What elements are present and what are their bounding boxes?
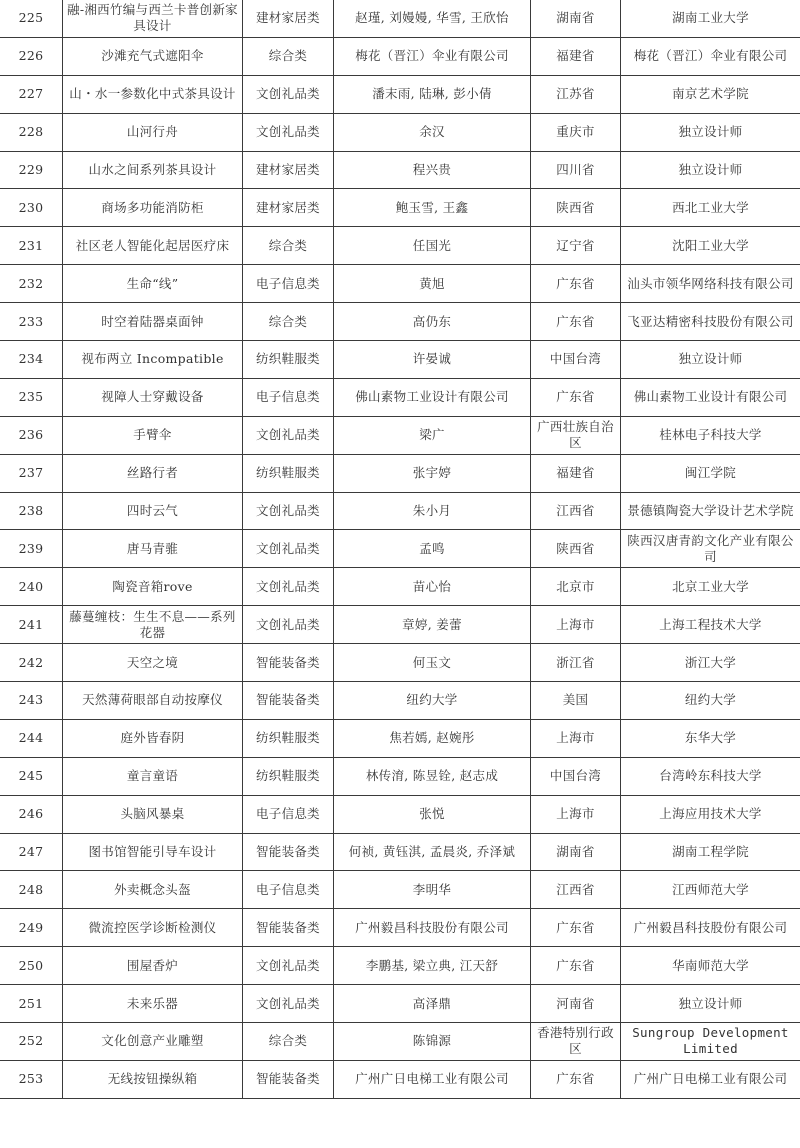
cell-work-name: 藤蔓缠枝：生生不息——系列花器: [63, 606, 243, 644]
cell-number: 230: [0, 189, 63, 227]
cell-organization: 上海工程技术大学: [621, 606, 800, 644]
cell-category: 文创礼品类: [243, 530, 334, 568]
cell-work-name: 四时云气: [63, 492, 243, 530]
cell-category: 文创礼品类: [243, 113, 334, 151]
table-row: 232 生命“线” 电子信息类 黄旭 广东省 汕头市领华网络科技有限公司: [0, 265, 800, 303]
table-row: 243 天然薄荷眼部自动按摩仪 智能装备类 纽约大学 美国 纽约大学: [0, 682, 800, 720]
cell-region: 辽宁省: [531, 227, 621, 265]
cell-number: 249: [0, 909, 63, 947]
cell-region: 江西省: [531, 871, 621, 909]
table-row: 246 头脑风暴桌 电子信息类 张悦 上海市 上海应用技术大学: [0, 795, 800, 833]
cell-category: 纺织鞋服类: [243, 454, 334, 492]
cell-authors: 任国光: [334, 227, 531, 265]
table-row: 228 山河行舟 文创礼品类 余汉 重庆市 独立设计师: [0, 113, 800, 151]
cell-category: 智能装备类: [243, 644, 334, 682]
cell-region: 中国台湾: [531, 341, 621, 379]
cell-category: 电子信息类: [243, 871, 334, 909]
cell-organization: 沈阳工业大学: [621, 227, 800, 265]
cell-work-name: 时空着陆器桌面钟: [63, 303, 243, 341]
cell-organization: 上海应用技术大学: [621, 795, 800, 833]
table-row: 225 融-湘西竹编与西兰卡普创新家具设计 建材家居类 赵瑾, 刘嫚嫚, 华雪,…: [0, 0, 800, 37]
cell-authors: 陈锦源: [334, 1023, 531, 1061]
cell-organization: 浙江大学: [621, 644, 800, 682]
cell-authors: 苗心怡: [334, 568, 531, 606]
cell-authors: 佛山素物工业设计有限公司: [334, 378, 531, 416]
cell-region: 上海市: [531, 606, 621, 644]
cell-number: 238: [0, 492, 63, 530]
cell-category: 文创礼品类: [243, 606, 334, 644]
cell-authors: 余汉: [334, 113, 531, 151]
cell-work-name: 图书馆智能引导车设计: [63, 833, 243, 871]
cell-region: 福建省: [531, 454, 621, 492]
cell-category: 文创礼品类: [243, 492, 334, 530]
cell-region: 广东省: [531, 265, 621, 303]
cell-organization: 佛山素物工业设计有限公司: [621, 378, 800, 416]
cell-region: 香港特别行政区: [531, 1023, 621, 1061]
cell-number: 233: [0, 303, 63, 341]
cell-work-name: 微流控医学诊断检测仪: [63, 909, 243, 947]
cell-work-name: 生命“线”: [63, 265, 243, 303]
table-row: 227 山・水一参数化中式茶具设计 文创礼品类 潘末雨, 陆琳, 彭小倩 江苏省…: [0, 75, 800, 113]
cell-region: 中国台湾: [531, 757, 621, 795]
cell-number: 225: [0, 0, 63, 37]
cell-category: 电子信息类: [243, 265, 334, 303]
table-row: 253 无线按钮操纵箱 智能装备类 广州广日电梯工业有限公司 广东省 广州广日电…: [0, 1060, 800, 1098]
cell-organization: 梅花（晋江）伞业有限公司: [621, 37, 800, 75]
cell-authors: 黄旭: [334, 265, 531, 303]
cell-authors: 许晏诚: [334, 341, 531, 379]
cell-work-name: 无线按钮操纵箱: [63, 1060, 243, 1098]
cell-authors: 焦若嫣, 赵婉彤: [334, 719, 531, 757]
table-row: 244 庭外皆春阴 纺织鞋服类 焦若嫣, 赵婉彤 上海市 东华大学: [0, 719, 800, 757]
table-row: 248 外卖概念头盔 电子信息类 李明华 江西省 江西师范大学: [0, 871, 800, 909]
cell-work-name: 沙滩充气式遮阳伞: [63, 37, 243, 75]
cell-number: 247: [0, 833, 63, 871]
cell-region: 江西省: [531, 492, 621, 530]
cell-region: 广东省: [531, 947, 621, 985]
table-row: 239 唐马青骓 文创礼品类 孟鸣 陕西省 陕西汉唐青韵文化产业有限公司: [0, 530, 800, 568]
cell-work-name: 头脑风暴桌: [63, 795, 243, 833]
cell-region: 广东省: [531, 1060, 621, 1098]
cell-number: 253: [0, 1060, 63, 1098]
table-row: 235 视障人士穿戴设备 电子信息类 佛山素物工业设计有限公司 广东省 佛山素物…: [0, 378, 800, 416]
cell-category: 文创礼品类: [243, 568, 334, 606]
table-row: 237 丝路行者 纺织鞋服类 张宇婷 福建省 闽江学院: [0, 454, 800, 492]
cell-work-name: 手臂伞: [63, 416, 243, 454]
cell-authors: 梁广: [334, 416, 531, 454]
cell-region: 重庆市: [531, 113, 621, 151]
cell-work-name: 庭外皆春阴: [63, 719, 243, 757]
cell-organization: 闽江学院: [621, 454, 800, 492]
cell-number: 234: [0, 341, 63, 379]
cell-number: 239: [0, 530, 63, 568]
cell-category: 文创礼品类: [243, 75, 334, 113]
cell-organization: 独立设计师: [621, 985, 800, 1023]
cell-authors: 孟鸣: [334, 530, 531, 568]
cell-category: 纺织鞋服类: [243, 757, 334, 795]
cell-category: 电子信息类: [243, 795, 334, 833]
cell-organization: 桂林电子科技大学: [621, 416, 800, 454]
table-row: 250 围屋香炉 文创礼品类 李鹏基, 梁立典, 江天舒 广东省 华南师范大学: [0, 947, 800, 985]
cell-region: 广东省: [531, 909, 621, 947]
cell-work-name: 外卖概念头盔: [63, 871, 243, 909]
cell-work-name: 童言童语: [63, 757, 243, 795]
cell-work-name: 天空之境: [63, 644, 243, 682]
cell-category: 智能装备类: [243, 682, 334, 720]
cell-region: 福建省: [531, 37, 621, 75]
cell-work-name: 文化创意产业雕塑: [63, 1023, 243, 1061]
table-row: 249 微流控医学诊断检测仪 智能装备类 广州毅昌科技股份有限公司 广东省 广州…: [0, 909, 800, 947]
cell-organization: 湖南工程学院: [621, 833, 800, 871]
cell-organization: Sungroup Development Limited: [621, 1023, 800, 1061]
cell-number: 229: [0, 151, 63, 189]
cell-work-name: 商场多功能消防柜: [63, 189, 243, 227]
cell-region: 江苏省: [531, 75, 621, 113]
cell-category: 电子信息类: [243, 378, 334, 416]
table-row: 231 社区老人智能化起居医疗床 综合类 任国光 辽宁省 沈阳工业大学: [0, 227, 800, 265]
cell-number: 246: [0, 795, 63, 833]
cell-organization: 独立设计师: [621, 151, 800, 189]
cell-region: 美国: [531, 682, 621, 720]
cell-category: 智能装备类: [243, 909, 334, 947]
cell-number: 251: [0, 985, 63, 1023]
cell-number: 248: [0, 871, 63, 909]
cell-region: 湖南省: [531, 833, 621, 871]
cell-organization: 华南师范大学: [621, 947, 800, 985]
cell-number: 227: [0, 75, 63, 113]
cell-organization: 景德镇陶瓷大学设计艺术学院: [621, 492, 800, 530]
cell-region: 陕西省: [531, 530, 621, 568]
cell-number: 244: [0, 719, 63, 757]
table-row: 240 陶瓷音箱rove 文创礼品类 苗心怡 北京市 北京工业大学: [0, 568, 800, 606]
cell-work-name: 山河行舟: [63, 113, 243, 151]
cell-category: 综合类: [243, 227, 334, 265]
cell-work-name: 融-湘西竹编与西兰卡普创新家具设计: [63, 0, 243, 37]
cell-region: 湖南省: [531, 0, 621, 37]
cell-organization: 汕头市领华网络科技有限公司: [621, 265, 800, 303]
cell-category: 建材家居类: [243, 0, 334, 37]
cell-organization: 飞亚达精密科技股份有限公司: [621, 303, 800, 341]
cell-region: 上海市: [531, 719, 621, 757]
cell-category: 纺织鞋服类: [243, 719, 334, 757]
cell-category: 文创礼品类: [243, 985, 334, 1023]
table-row: 242 天空之境 智能装备类 何玉文 浙江省 浙江大学: [0, 644, 800, 682]
cell-work-name: 山水之间系列茶具设计: [63, 151, 243, 189]
table-row: 247 图书馆智能引导车设计 智能装备类 何祯, 黄钰淇, 孟晨炎, 乔泽斌 湖…: [0, 833, 800, 871]
cell-authors: 程兴贵: [334, 151, 531, 189]
cell-organization: 陕西汉唐青韵文化产业有限公司: [621, 530, 800, 568]
cell-number: 241: [0, 606, 63, 644]
cell-category: 文创礼品类: [243, 947, 334, 985]
cell-category: 文创礼品类: [243, 416, 334, 454]
cell-number: 245: [0, 757, 63, 795]
cell-authors: 林传淯, 陈昱铨, 赵志成: [334, 757, 531, 795]
cell-authors: 李鹏基, 梁立典, 江天舒: [334, 947, 531, 985]
table-body: 225 融-湘西竹编与西兰卡普创新家具设计 建材家居类 赵瑾, 刘嫚嫚, 华雪,…: [0, 0, 800, 1098]
table-row: 233 时空着陆器桌面钟 综合类 高仍东 广东省 飞亚达精密科技股份有限公司: [0, 303, 800, 341]
cell-number: 228: [0, 113, 63, 151]
cell-number: 231: [0, 227, 63, 265]
cell-number: 232: [0, 265, 63, 303]
cell-organization: 北京工业大学: [621, 568, 800, 606]
cell-organization: 独立设计师: [621, 113, 800, 151]
cell-category: 建材家居类: [243, 189, 334, 227]
cell-number: 237: [0, 454, 63, 492]
cell-region: 河南省: [531, 985, 621, 1023]
cell-category: 智能装备类: [243, 833, 334, 871]
table-row: 229 山水之间系列茶具设计 建材家居类 程兴贵 四川省 独立设计师: [0, 151, 800, 189]
cell-number: 226: [0, 37, 63, 75]
table-row: 230 商场多功能消防柜 建材家居类 鲍玉雪, 王鑫 陕西省 西北工业大学: [0, 189, 800, 227]
cell-authors: 朱小月: [334, 492, 531, 530]
cell-number: 240: [0, 568, 63, 606]
cell-authors: 章婷, 姜蕾: [334, 606, 531, 644]
award-list-table: 225 融-湘西竹编与西兰卡普创新家具设计 建材家居类 赵瑾, 刘嫚嫚, 华雪,…: [0, 0, 800, 1099]
table-row: 251 未来乐器 文创礼品类 高泽鼎 河南省 独立设计师: [0, 985, 800, 1023]
cell-work-name: 丝路行者: [63, 454, 243, 492]
cell-authors: 张宇婷: [334, 454, 531, 492]
cell-category: 建材家居类: [243, 151, 334, 189]
cell-organization: 独立设计师: [621, 341, 800, 379]
cell-authors: 高泽鼎: [334, 985, 531, 1023]
cell-category: 综合类: [243, 1023, 334, 1061]
cell-number: 236: [0, 416, 63, 454]
cell-number: 252: [0, 1023, 63, 1061]
cell-category: 综合类: [243, 37, 334, 75]
cell-organization: 湖南工业大学: [621, 0, 800, 37]
cell-number: 235: [0, 378, 63, 416]
table-row: 252 文化创意产业雕塑 综合类 陈锦源 香港特别行政区 Sungroup De…: [0, 1023, 800, 1061]
table-row: 238 四时云气 文创礼品类 朱小月 江西省 景德镇陶瓷大学设计艺术学院: [0, 492, 800, 530]
cell-region: 广东省: [531, 378, 621, 416]
cell-number: 243: [0, 682, 63, 720]
cell-region: 上海市: [531, 795, 621, 833]
cell-work-name: 视障人士穿戴设备: [63, 378, 243, 416]
cell-authors: 纽约大学: [334, 682, 531, 720]
cell-work-name: 围屋香炉: [63, 947, 243, 985]
cell-authors: 李明华: [334, 871, 531, 909]
cell-region: 北京市: [531, 568, 621, 606]
cell-authors: 张悦: [334, 795, 531, 833]
cell-organization: 西北工业大学: [621, 189, 800, 227]
cell-region: 浙江省: [531, 644, 621, 682]
cell-work-name: 唐马青骓: [63, 530, 243, 568]
cell-work-name: 天然薄荷眼部自动按摩仪: [63, 682, 243, 720]
cell-work-name: 山・水一参数化中式茶具设计: [63, 75, 243, 113]
cell-region: 广东省: [531, 303, 621, 341]
cell-number: 250: [0, 947, 63, 985]
cell-organization: 纽约大学: [621, 682, 800, 720]
cell-authors: 鲍玉雪, 王鑫: [334, 189, 531, 227]
cell-authors: 何祯, 黄钰淇, 孟晨炎, 乔泽斌: [334, 833, 531, 871]
cell-number: 242: [0, 644, 63, 682]
cell-work-name: 陶瓷音箱rove: [63, 568, 243, 606]
cell-authors: 潘末雨, 陆琳, 彭小倩: [334, 75, 531, 113]
cell-organization: 台湾岭东科技大学: [621, 757, 800, 795]
table-row: 245 童言童语 纺织鞋服类 林传淯, 陈昱铨, 赵志成 中国台湾 台湾岭东科技…: [0, 757, 800, 795]
cell-organization: 江西师范大学: [621, 871, 800, 909]
cell-organization: 南京艺术学院: [621, 75, 800, 113]
cell-organization: 广州毅昌科技股份有限公司: [621, 909, 800, 947]
table-row: 241 藤蔓缠枝：生生不息——系列花器 文创礼品类 章婷, 姜蕾 上海市 上海工…: [0, 606, 800, 644]
cell-category: 纺织鞋服类: [243, 341, 334, 379]
cell-category: 综合类: [243, 303, 334, 341]
cell-authors: 广州广日电梯工业有限公司: [334, 1060, 531, 1098]
table-row: 226 沙滩充气式遮阳伞 综合类 梅花（晋江）伞业有限公司 福建省 梅花（晋江）…: [0, 37, 800, 75]
cell-region: 陕西省: [531, 189, 621, 227]
cell-authors: 广州毅昌科技股份有限公司: [334, 909, 531, 947]
table-row: 236 手臂伞 文创礼品类 梁广 广西壮族自治区 桂林电子科技大学: [0, 416, 800, 454]
cell-authors: 赵瑾, 刘嫚嫚, 华雪, 王欣怡: [334, 0, 531, 37]
cell-organization: 广州广日电梯工业有限公司: [621, 1060, 800, 1098]
cell-organization: 东华大学: [621, 719, 800, 757]
cell-authors: 高仍东: [334, 303, 531, 341]
cell-category: 智能装备类: [243, 1060, 334, 1098]
cell-work-name: 视布两立 Incompatible: [63, 341, 243, 379]
cell-region: 广西壮族自治区: [531, 416, 621, 454]
cell-authors: 何玉文: [334, 644, 531, 682]
cell-work-name: 社区老人智能化起居医疗床: [63, 227, 243, 265]
cell-authors: 梅花（晋江）伞业有限公司: [334, 37, 531, 75]
cell-work-name: 未来乐器: [63, 985, 243, 1023]
table-row: 234 视布两立 Incompatible 纺织鞋服类 许晏诚 中国台湾 独立设…: [0, 341, 800, 379]
cell-region: 四川省: [531, 151, 621, 189]
